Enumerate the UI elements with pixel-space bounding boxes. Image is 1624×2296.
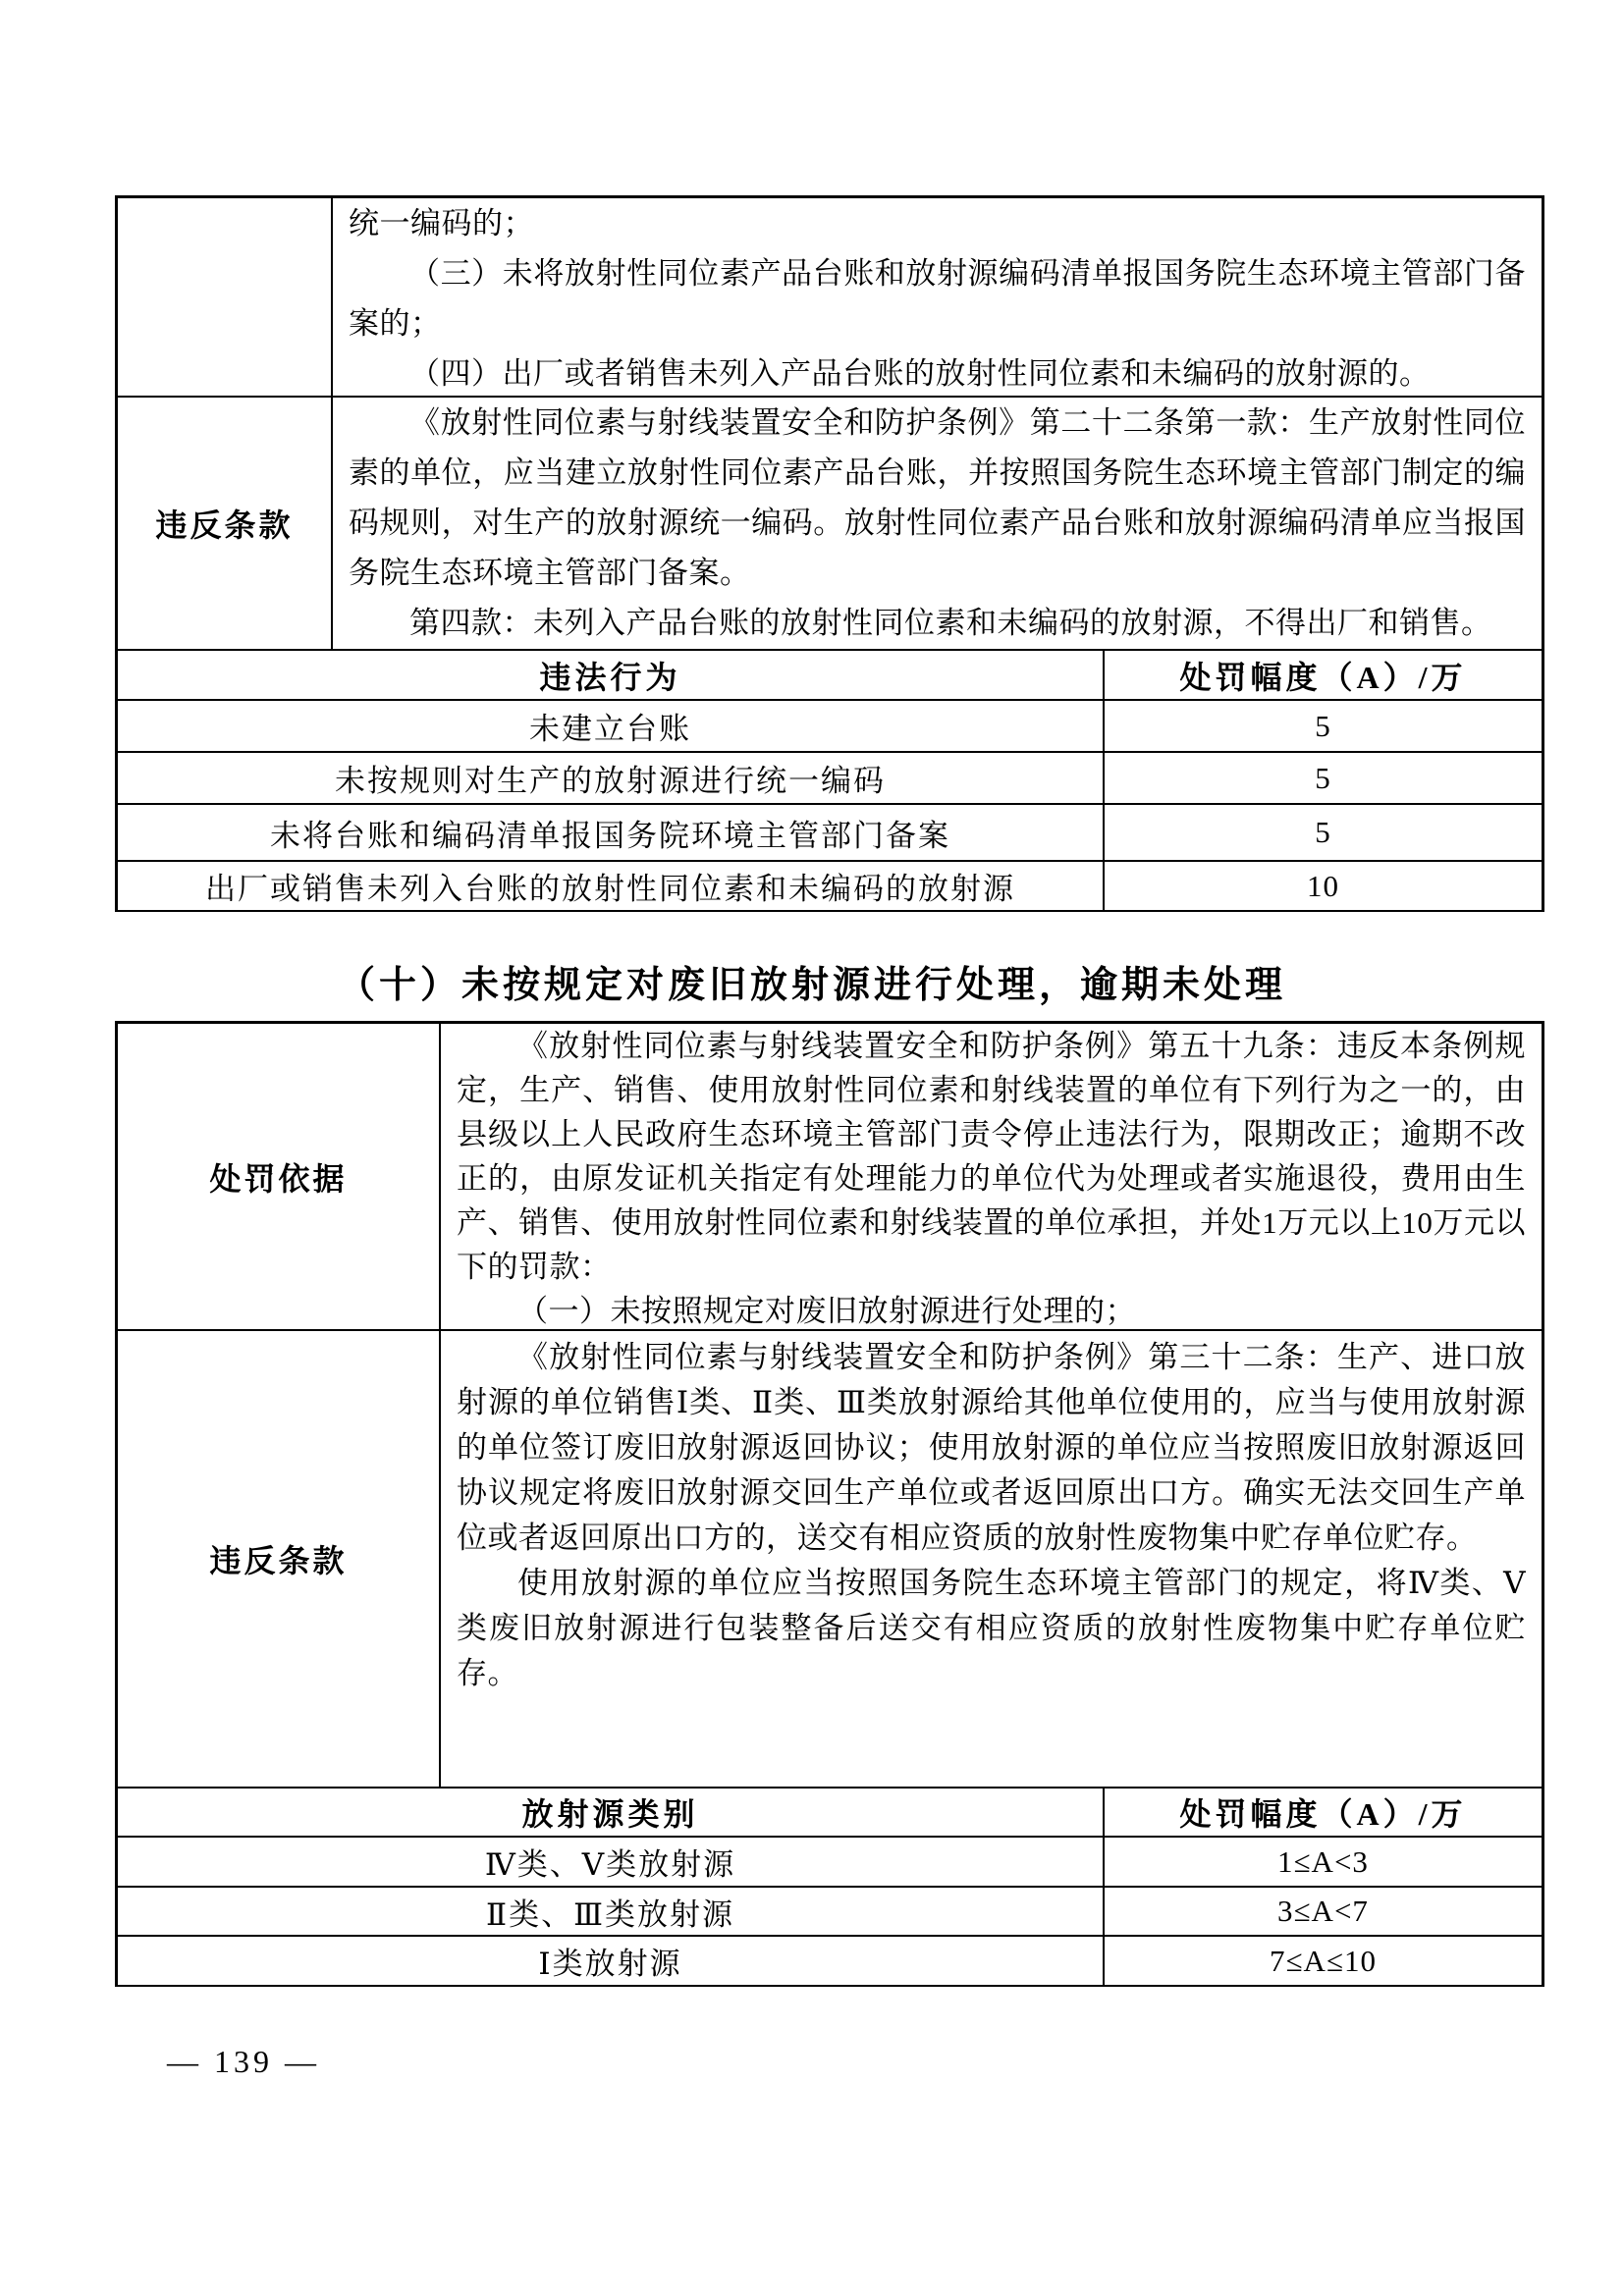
clause-paragraph-1: 《放射性同位素与射线装置安全和防护条例》第三十二条：生产、进口放射源的单位销售Ⅰ… (457, 1335, 1526, 1561)
penalty-cell: 5 (1105, 701, 1542, 751)
penalty-range-cell: 7≤A≤10 (1105, 1937, 1542, 1985)
table-header-row: 违法行为 处罚幅度（A）/万 (116, 651, 1543, 701)
violation-clause-text-cell: 《放射性同位素与射线装置安全和防护条例》第三十二条：生产、进口放射源的单位销售Ⅰ… (441, 1331, 1542, 1787)
continuation-line-1: 统一编码的； (349, 198, 1526, 248)
behavior-cell: 未将台账和编码清单报国务院环境主管部门备案 (118, 805, 1105, 860)
behavior-cell: 出厂或销售未列入台账的放射性同位素和未编码的放射源 (118, 862, 1105, 910)
category-cell: Ⅳ类、Ⅴ类放射源 (118, 1838, 1105, 1886)
table-row: 违反条款 《放射性同位素与射线装置安全和防护条例》第二十二条第一款：生产放射性同… (116, 398, 1543, 651)
clause-paragraph-2: 使用放射源的单位应当按照国务院生态环境主管部门的规定，将Ⅳ类、Ⅴ类废旧放射源进行… (457, 1561, 1526, 1696)
category-column-header: 放射源类别 (118, 1789, 1105, 1836)
page-number: — 139 — (167, 2044, 320, 2080)
table-row: Ⅳ类、Ⅴ类放射源 1≤A<3 (116, 1838, 1543, 1888)
table-row: 统一编码的； （三）未将放射性同位素产品台账和放射源编码清单报国务院生态环境主管… (116, 195, 1543, 398)
penalty-table-producer-ledger: 统一编码的； （三）未将放射性同位素产品台账和放射源编码清单报国务院生态环境主管… (115, 195, 1544, 912)
clause-paragraph-1: 《放射性同位素与射线装置安全和防护条例》第二十二条第一款：生产放射性同位素的单位… (349, 398, 1526, 598)
penalty-basis-text-cell: 《放射性同位素与射线装置安全和防护条例》第五十九条：违反本条例规定，生产、销售、… (441, 1024, 1542, 1329)
table-row: 处罚依据 《放射性同位素与射线装置安全和防护条例》第五十九条：违反本条例规定，生… (116, 1021, 1543, 1331)
table-row: 出厂或销售未列入台账的放射性同位素和未编码的放射源 10 (116, 862, 1543, 912)
table-row: Ⅰ类放射源 7≤A≤10 (116, 1937, 1543, 1987)
section-heading: （十）未按规定对废旧放射源进行处理，逾期未处理 (0, 954, 1624, 1008)
document-page: 统一编码的； （三）未将放射性同位素产品台账和放射源编码清单报国务院生态环境主管… (0, 0, 1624, 2296)
table-row: 未将台账和编码清单报国务院环境主管部门备案 5 (116, 805, 1543, 862)
category-cell: Ⅱ类、Ⅲ类放射源 (118, 1888, 1105, 1935)
table-row: 未建立台账 5 (116, 701, 1543, 753)
basis-paragraph-2: （一）未按照规定对废旧放射源进行处理的； (457, 1289, 1526, 1329)
violation-clause-label: 违反条款 (118, 398, 333, 649)
penalty-column-header: 处罚幅度（A）/万 (1105, 1789, 1542, 1836)
penalty-range-cell: 3≤A<7 (1105, 1888, 1542, 1935)
penalty-basis-label: 处罚依据 (118, 1024, 441, 1329)
table-row: 违反条款 《放射性同位素与射线装置安全和防护条例》第三十二条：生产、进口放射源的… (116, 1331, 1543, 1789)
penalty-cell: 5 (1105, 753, 1542, 803)
behavior-cell: 未建立台账 (118, 701, 1105, 751)
behavior-column-header: 违法行为 (118, 651, 1105, 699)
category-cell: Ⅰ类放射源 (118, 1937, 1105, 1985)
penalty-cell: 10 (1105, 862, 1542, 910)
continuation-item-3: （三）未将放射性同位素产品台账和放射源编码清单报国务院生态环境主管部门备案的； (349, 248, 1526, 348)
penalty-range-cell: 1≤A<3 (1105, 1838, 1542, 1886)
continuation-empty-label-cell (118, 198, 333, 396)
basis-paragraph-1: 《放射性同位素与射线装置安全和防护条例》第五十九条：违反本条例规定，生产、销售、… (457, 1024, 1526, 1289)
clause-paragraph-2: 第四款：未列入产品台账的放射性同位素和未编码的放射源，不得出厂和销售。 (349, 598, 1526, 648)
continuation-item-4: （四）出厂或者销售未列入产品台账的放射性同位素和未编码的放射源的。 (349, 348, 1526, 396)
behavior-cell: 未按规则对生产的放射源进行统一编码 (118, 753, 1105, 803)
penalty-cell: 5 (1105, 805, 1542, 860)
penalty-table-disused-sources: 处罚依据 《放射性同位素与射线装置安全和防护条例》第五十九条：违反本条例规定，生… (115, 1021, 1544, 1987)
table-row: 未按规则对生产的放射源进行统一编码 5 (116, 753, 1543, 805)
continuation-text-cell: 统一编码的； （三）未将放射性同位素产品台账和放射源编码清单报国务院生态环境主管… (333, 198, 1542, 396)
table-row: Ⅱ类、Ⅲ类放射源 3≤A<7 (116, 1888, 1543, 1937)
table-header-row: 放射源类别 处罚幅度（A）/万 (116, 1789, 1543, 1838)
penalty-column-header: 处罚幅度（A）/万 (1105, 651, 1542, 699)
violation-clause-text-cell: 《放射性同位素与射线装置安全和防护条例》第二十二条第一款：生产放射性同位素的单位… (333, 398, 1542, 649)
violation-clause-label: 违反条款 (118, 1331, 441, 1787)
